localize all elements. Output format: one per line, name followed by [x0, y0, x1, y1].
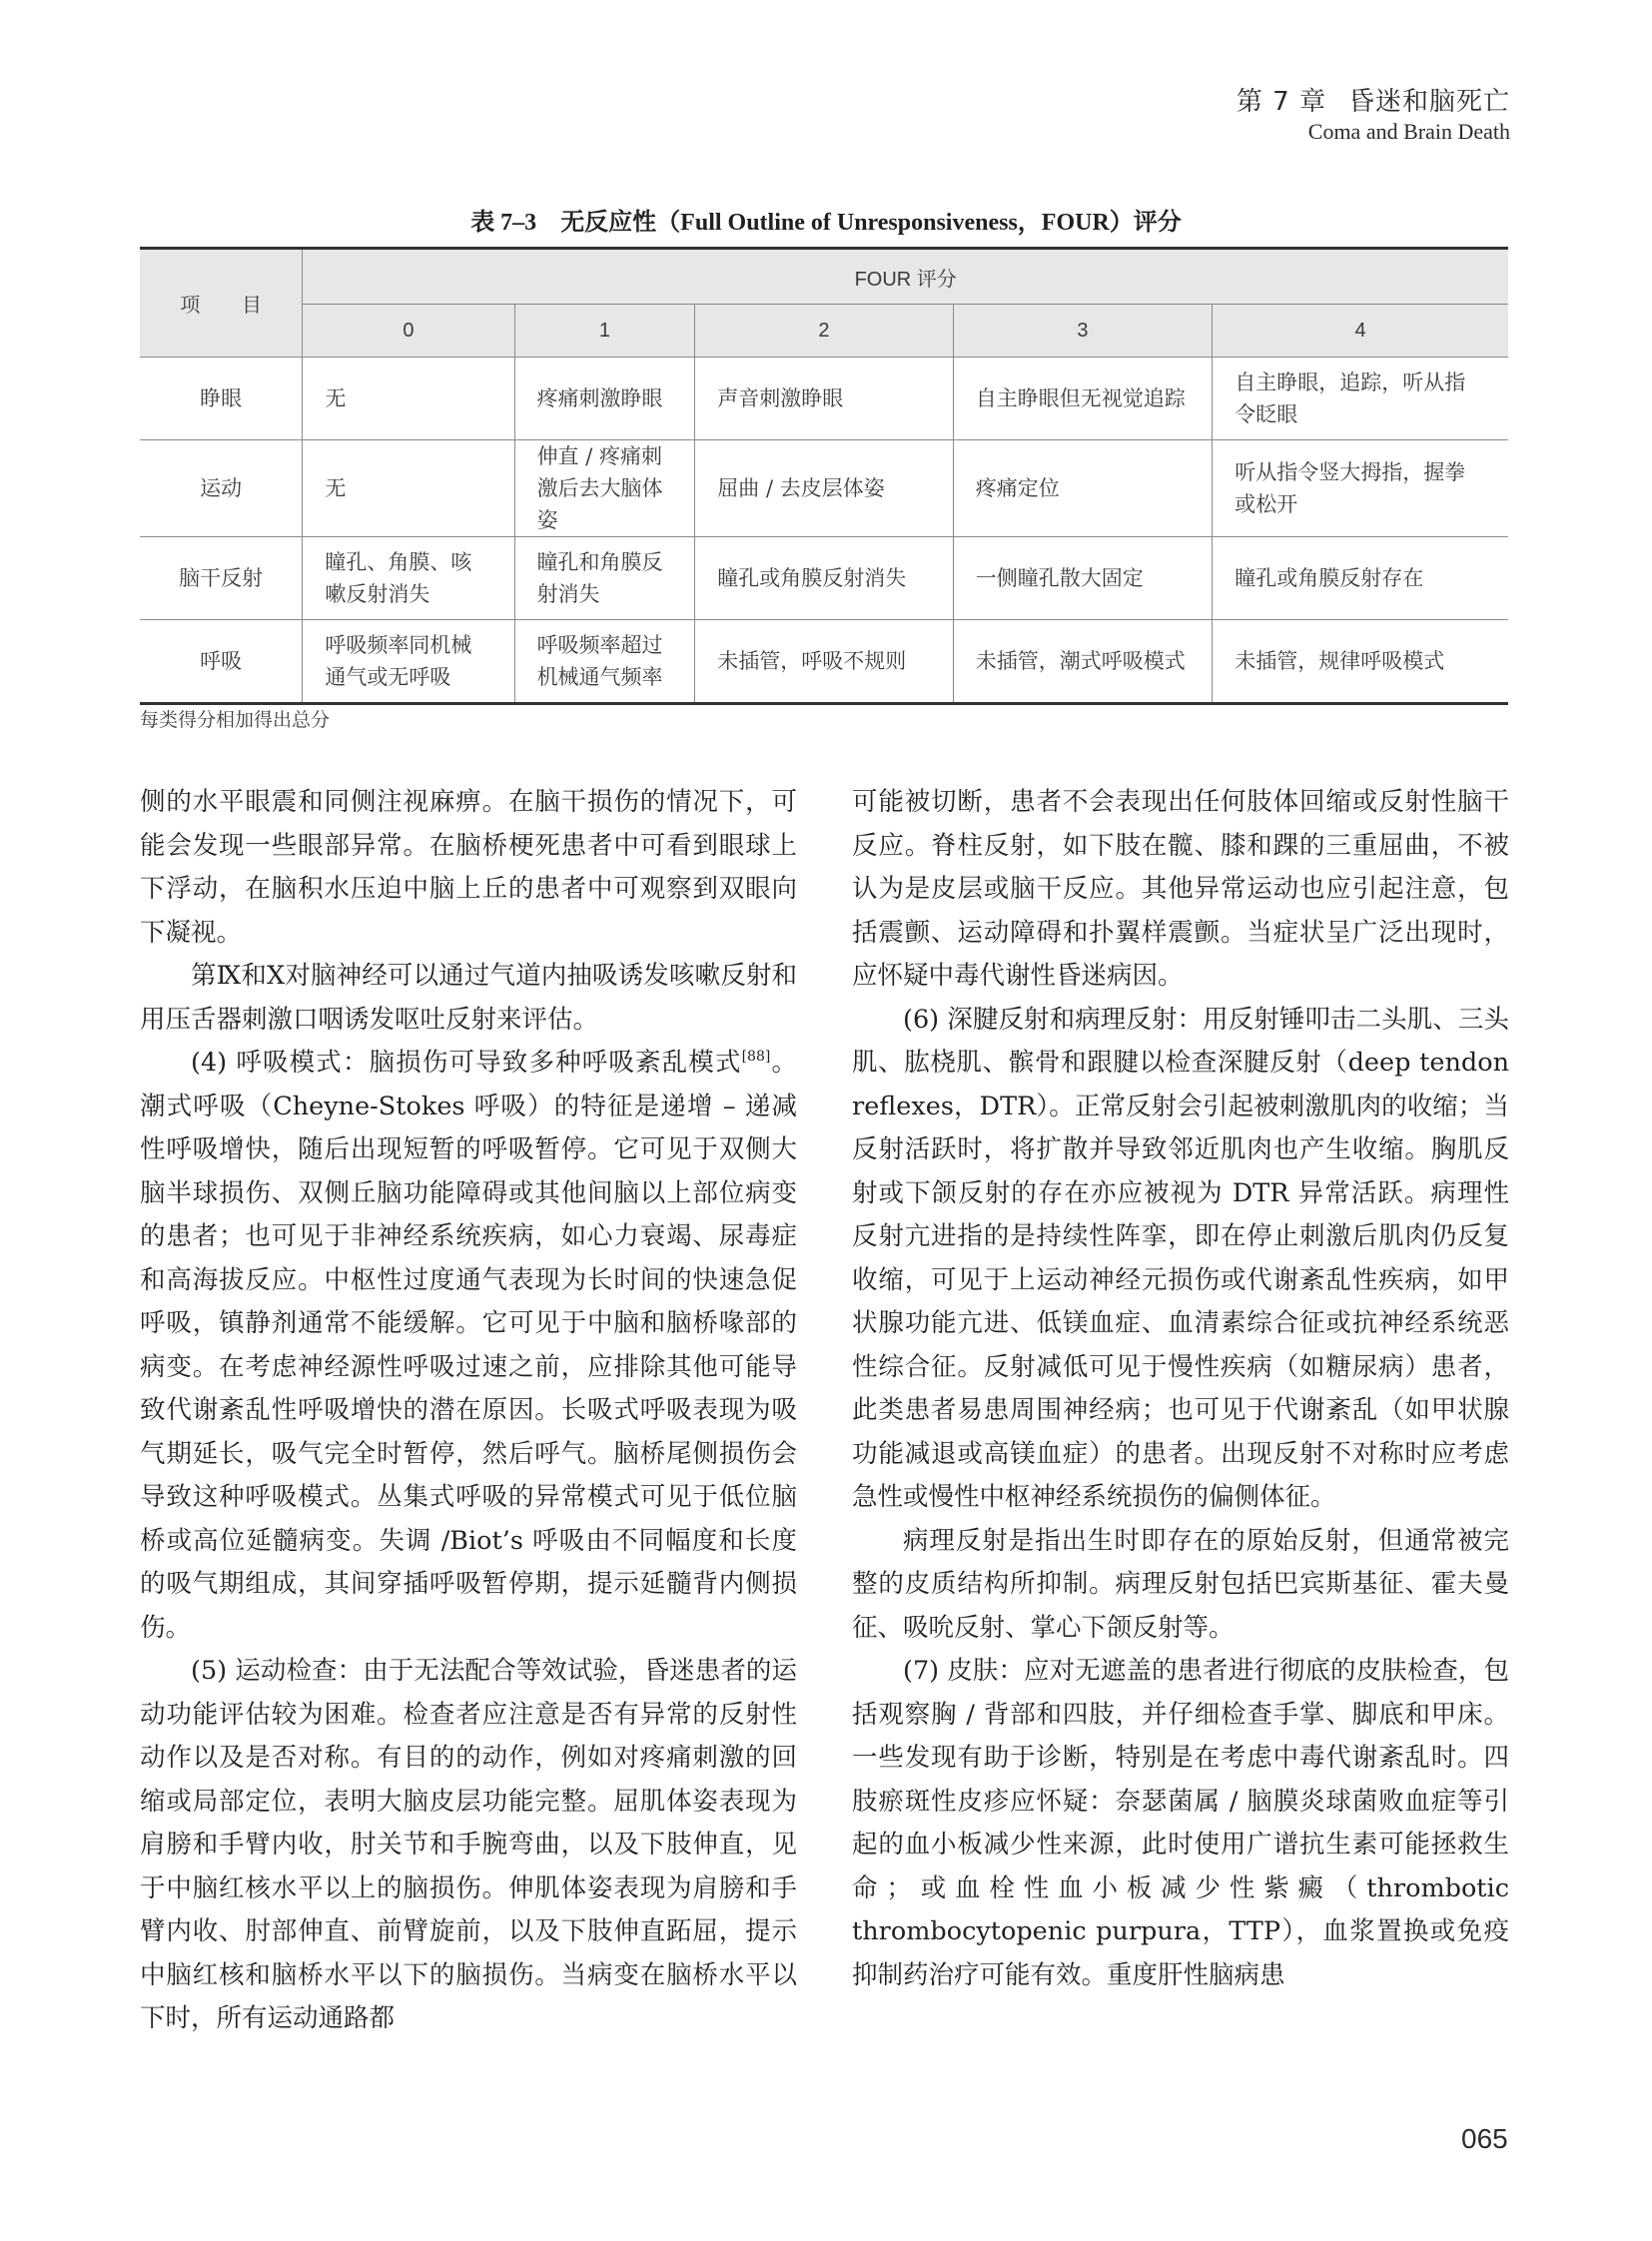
row-label: 脑干反射 — [140, 537, 303, 620]
header-score-2: 2 — [695, 305, 953, 358]
header-four-score: FOUR 评分 — [303, 249, 1508, 305]
table-number: 表 7–3 — [470, 210, 536, 236]
running-head: 第 7 章昏迷和脑死亡 Coma and Brain Death — [1237, 86, 1510, 146]
table-header-row-scores: 0 1 2 3 4 — [140, 305, 1508, 358]
paragraph-lead: (4) 呼吸模式：脑损伤可导致多种呼吸紊乱模式 — [191, 1048, 742, 1078]
chapter-title-cn: 昏迷和脑死亡 — [1348, 87, 1510, 117]
table-cell: 瞳孔或角膜反射存在 — [1213, 537, 1508, 620]
header-score-3: 3 — [953, 305, 1213, 358]
table-row: 运动 无 伸直 / 疼痛刺激后去大脑体姿 屈曲 / 去皮层体姿 疼痛定位 听从指… — [140, 440, 1508, 537]
paragraph: 侧的水平眼震和同侧注视麻痹。在脑干损伤的情况下，可能会发现一些眼部异常。在脑桥梗… — [140, 781, 797, 955]
table-cell: 未插管，呼吸不规则 — [695, 620, 953, 704]
table-cell: 瞳孔或角膜反射消失 — [695, 537, 953, 620]
paragraph: 病理反射是指出生时即存在的原始反射，但通常被完整的皮质结构所抑制。病理反射包括巴… — [852, 1520, 1509, 1651]
row-label: 呼吸 — [140, 620, 303, 704]
body-column-right: 可能被切断，患者不会表现出任何肢体回缩或反射性脑干反应。脊柱反射，如下肢在髋、膝… — [852, 781, 1509, 1997]
table-cell: 瞳孔、角膜、咳嗽反射消失 — [303, 537, 514, 620]
four-score-table: 项 目 FOUR 评分 0 1 2 3 4 睁眼 无 疼痛刺激睁眼 声音刺激睁眼… — [140, 247, 1508, 705]
table-title: 无反应性（Full Outline of Unresponsiveness，FO… — [560, 210, 1182, 236]
table-row: 脑干反射 瞳孔、角膜、咳嗽反射消失 瞳孔和角膜反射消失 瞳孔或角膜反射消失 一侧… — [140, 537, 1508, 620]
row-label: 运动 — [140, 440, 303, 537]
header-score-4: 4 — [1213, 305, 1508, 358]
table-cell: 未插管，规律呼吸模式 — [1213, 620, 1508, 704]
table-cell: 瞳孔和角膜反射消失 — [514, 537, 695, 620]
table-cell: 听从指令竖大拇指，握拳或松开 — [1213, 440, 1508, 537]
paragraph: (5) 运动检查：由于无法配合等效试验，昏迷患者的运动功能评估较为困难。检查者应… — [140, 1650, 797, 2041]
table-cell: 呼吸频率超过机械通气频率 — [514, 620, 695, 704]
table-note: 每类得分相加得出总分 — [140, 705, 330, 732]
table-cell: 未插管，潮式呼吸模式 — [953, 620, 1213, 704]
table-cell: 自主睁眼但无视觉追踪 — [953, 358, 1213, 440]
header-score-1: 1 — [514, 305, 695, 358]
paragraph: (4) 呼吸模式：脑损伤可导致多种呼吸紊乱模式[88]。潮式呼吸（Cheyne-… — [140, 1042, 797, 1650]
header-item: 项 目 — [140, 249, 303, 358]
paragraph: (7) 皮肤：应对无遮盖的患者进行彻底的皮肤检查，包括观察胸 / 背部和四肢，并… — [852, 1650, 1509, 1997]
chapter-label: 第 7 章 — [1237, 87, 1326, 117]
chapter-title-en: Coma and Brain Death — [1237, 118, 1510, 146]
table-cell: 自主睁眼，追踪，听从指令眨眼 — [1213, 358, 1508, 440]
citation-ref: [88] — [742, 1049, 771, 1065]
paragraph: (6) 深腱反射和病理反射：用反射锤叩击二头肌、三头肌、肱桡肌、髌骨和跟腱以检查… — [852, 999, 1509, 1520]
paragraph: 第Ⅸ和Ⅹ对脑神经可以通过气道内抽吸诱发咳嗽反射和用压舌器刺激口咽诱发呕吐反射来评… — [140, 955, 797, 1042]
table-cell: 伸直 / 疼痛刺激后去大脑体姿 — [514, 440, 695, 537]
table-cell: 无 — [303, 358, 514, 440]
table-header-row-group: 项 目 FOUR 评分 — [140, 249, 1508, 305]
table-cell: 屈曲 / 去皮层体姿 — [695, 440, 953, 537]
table-row: 睁眼 无 疼痛刺激睁眼 声音刺激睁眼 自主睁眼但无视觉追踪 自主睁眼，追踪，听从… — [140, 358, 1508, 440]
table-cell: 无 — [303, 440, 514, 537]
table-row: 呼吸 呼吸频率同机械通气或无呼吸 呼吸频率超过机械通气频率 未插管，呼吸不规则 … — [140, 620, 1508, 704]
table-cell: 一侧瞳孔散大固定 — [953, 537, 1213, 620]
page-number: 065 — [1461, 2123, 1508, 2155]
table-caption: 表 7–3无反应性（Full Outline of Unresponsivene… — [0, 202, 1652, 237]
row-label: 睁眼 — [140, 358, 303, 440]
body-column-left: 侧的水平眼震和同侧注视麻痹。在脑干损伤的情况下，可能会发现一些眼部异常。在脑桥梗… — [140, 781, 797, 2041]
table-cell: 疼痛刺激睁眼 — [514, 358, 695, 440]
header-score-0: 0 — [303, 305, 514, 358]
paragraph: 可能被切断，患者不会表现出任何肢体回缩或反射性脑干反应。脊柱反射，如下肢在髋、膝… — [852, 781, 1509, 999]
chapter-heading-cn: 第 7 章昏迷和脑死亡 — [1237, 86, 1510, 118]
paragraph-rest: 。潮式呼吸（Cheyne-Stokes 呼吸）的特征是递增 – 递减性呼吸增快，… — [140, 1048, 797, 1643]
table-cell: 疼痛定位 — [953, 440, 1213, 537]
table-cell: 声音刺激睁眼 — [695, 358, 953, 440]
table-cell: 呼吸频率同机械通气或无呼吸 — [303, 620, 514, 704]
